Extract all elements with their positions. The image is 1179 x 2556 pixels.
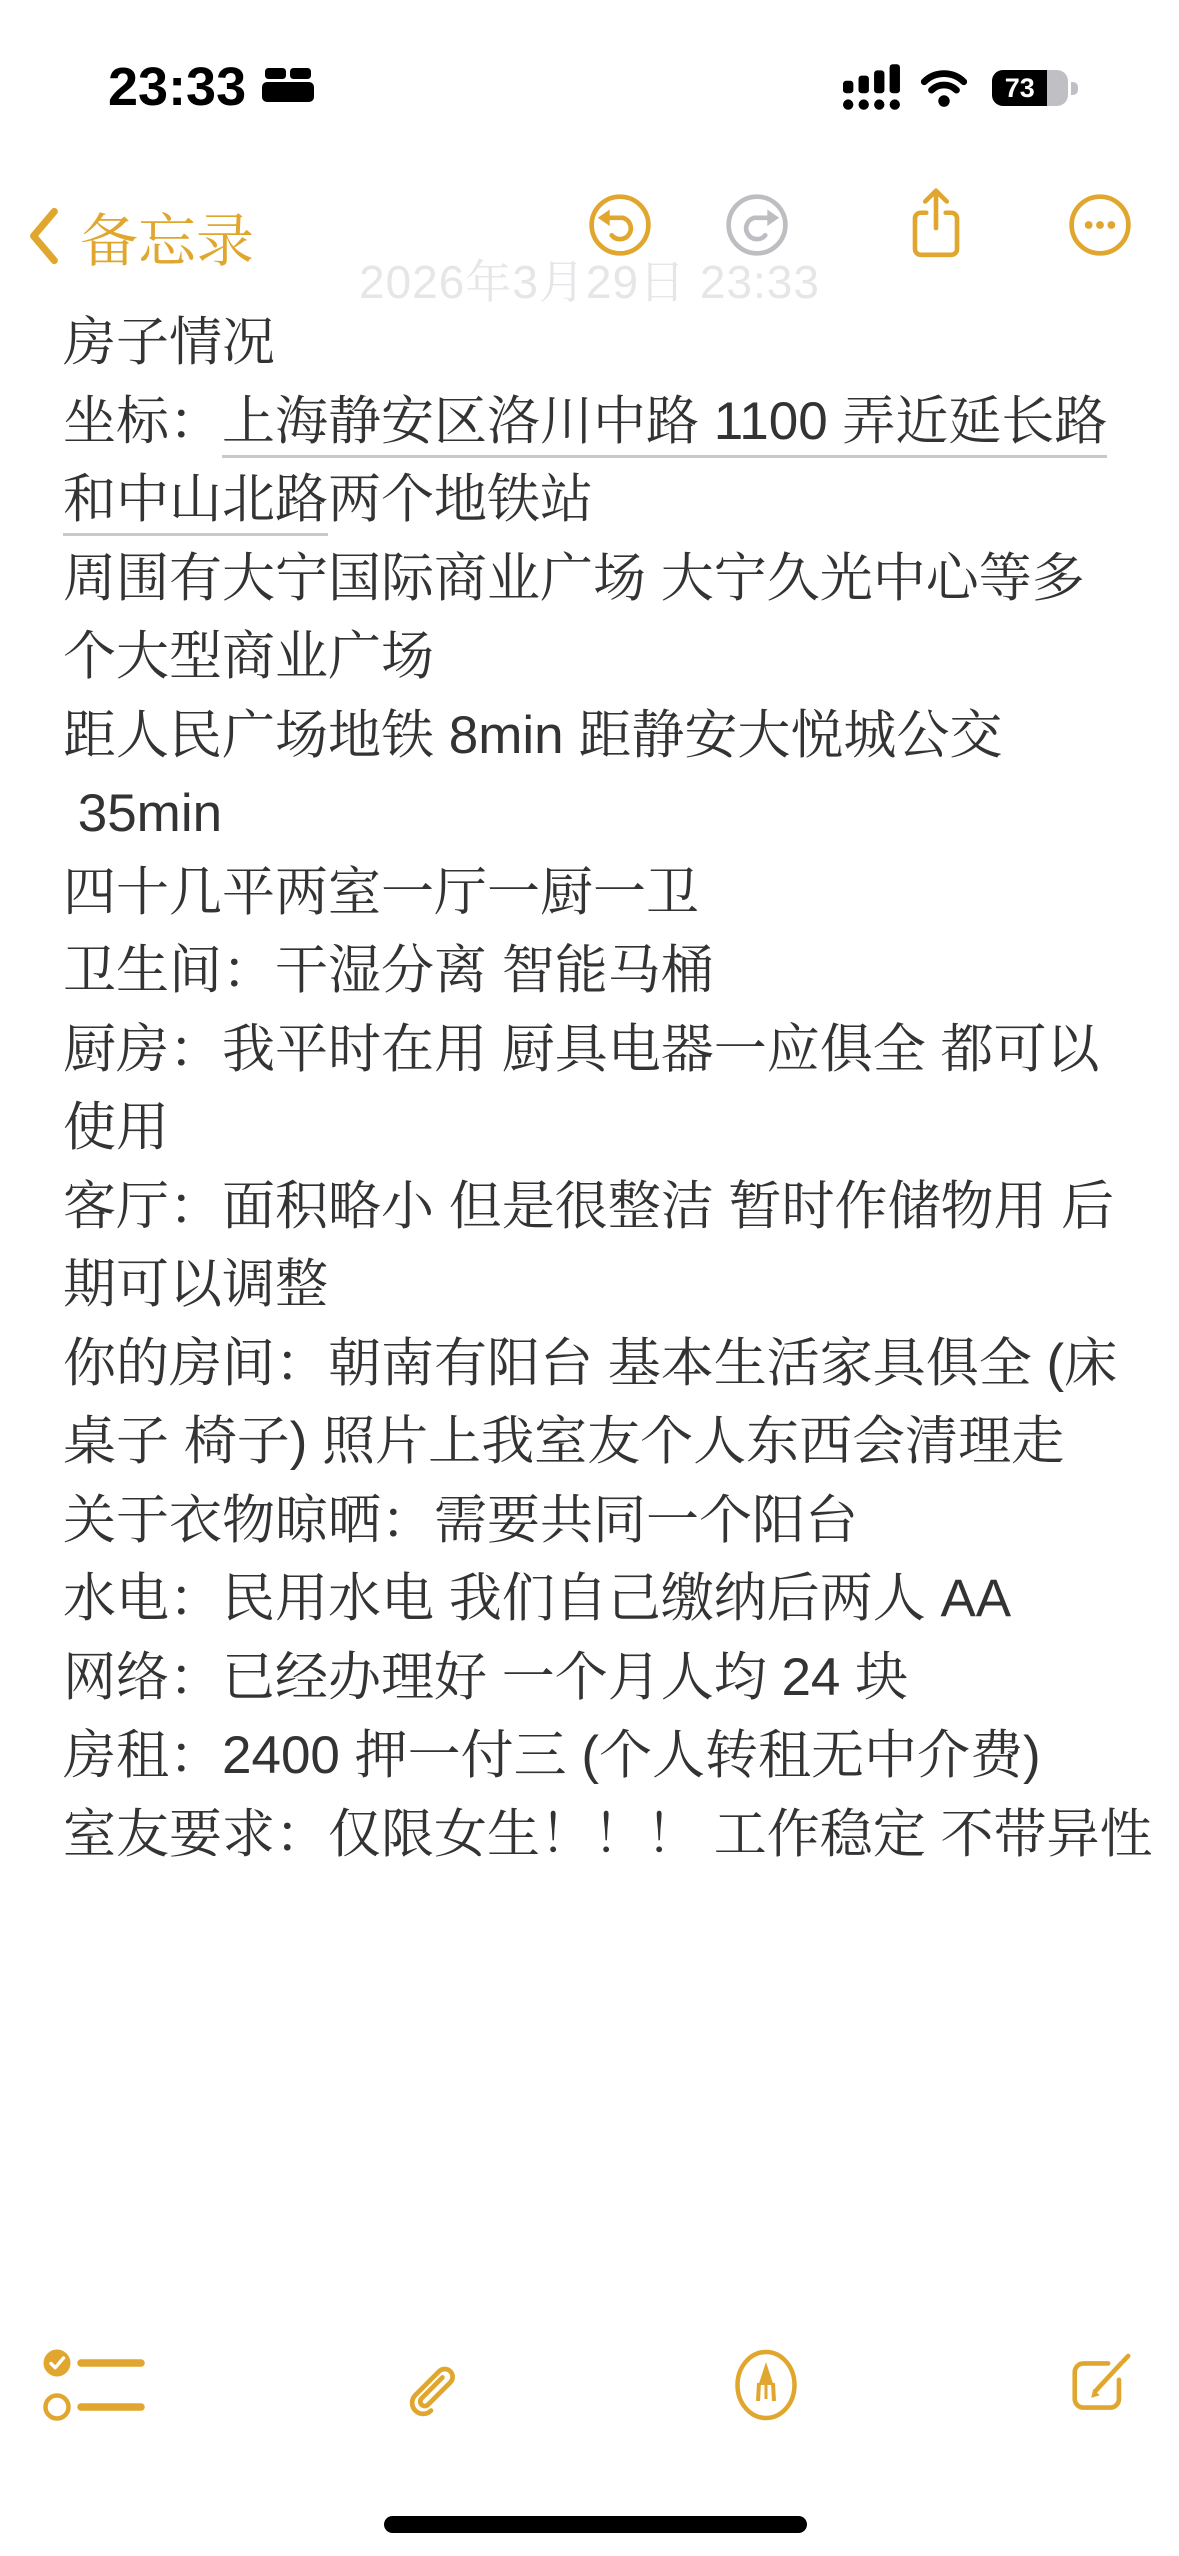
note-line: 周围有大宁国际商业广场 大宁久光中心等多 <box>63 540 1123 619</box>
note-text: 网络：已经办理好 一个月人均 24 块 <box>63 1648 908 1707</box>
battery-percent: 73 <box>992 70 1047 106</box>
note-line: 距人民广场地铁 8min 距静安大悦城公交 <box>63 697 1123 776</box>
redo-icon[interactable] <box>724 192 790 258</box>
chevron-left-icon <box>26 205 60 267</box>
note-line: 客厅：面积略小 但是很整洁 暂时作储物用 后 <box>63 1168 1123 1247</box>
note-text: 房租：2400 押一付三 (个人转租无中介费) <box>63 1726 1041 1785</box>
note-text: 桌子 椅子) 照片上我室友个人东西会清理走 <box>63 1412 1064 1471</box>
note-line: 房租：2400 押一付三 (个人转租无中介费) <box>63 1717 1123 1796</box>
checklist-button[interactable] <box>42 2340 148 2430</box>
note-line: 房子情况 <box>63 304 1123 383</box>
note-line: 期可以调整 <box>63 1246 1123 1325</box>
back-label: 备忘录 <box>80 194 254 278</box>
cellular-signal-icon <box>843 64 901 110</box>
note-text: 室友要求：仅限女生！！！ 工作稳定 不带异性 <box>63 1805 1152 1864</box>
compose-button[interactable] <box>1060 2340 1144 2430</box>
compose-icon <box>1062 2348 1142 2422</box>
note-text: 个大型商业广场 <box>63 627 434 686</box>
nav-bar: 备忘录 <box>0 180 1179 290</box>
attachment-paperclip-icon <box>399 2343 483 2427</box>
note-line: 个大型商业广场 <box>63 618 1123 697</box>
note-text: 关于衣物晾晒：需要共同一个阳台 <box>63 1491 858 1550</box>
wifi-icon <box>918 68 970 107</box>
note-text: 坐标： <box>63 392 222 451</box>
note-text-underlined: 上海静安区洛川中路 1100 弄近延长路 <box>222 392 1107 458</box>
note-line: 桌子 椅子) 照片上我室友个人东西会清理走 <box>63 1403 1123 1482</box>
battery-indicator: 73 <box>992 70 1068 106</box>
note-text: 期可以调整 <box>63 1255 328 1314</box>
status-bar: 23:33 73 <box>0 0 1179 140</box>
note-text: 使用 <box>63 1098 169 1157</box>
note-line: 使用 <box>63 1089 1123 1168</box>
bottom-toolbar <box>0 2340 1179 2440</box>
note-line: 35min <box>63 775 1123 854</box>
note-line: 厨房：我平时在用 厨具电器一应俱全 都可以 <box>63 1011 1123 1090</box>
note-line: 室友要求：仅限女生！！！ 工作稳定 不带异性 <box>63 1796 1123 1875</box>
home-indicator[interactable] <box>384 2516 807 2533</box>
share-icon[interactable] <box>903 182 969 264</box>
attachment-button[interactable] <box>398 2340 484 2430</box>
note-text: 周围有大宁国际商业广场 大宁久光中心等多 <box>63 549 1085 608</box>
note-line: 和中山北路两个地铁站 <box>63 461 1123 540</box>
note-text: 水电：民用水电 我们自己缴纳后两人 AA <box>63 1569 1011 1628</box>
markup-button[interactable] <box>730 2340 802 2430</box>
undo-icon[interactable] <box>587 192 653 258</box>
note-text: 四十几平两室一厅一厨一卫 <box>63 863 699 922</box>
note-line: 坐标：上海静安区洛川中路 1100 弄近延长路 <box>63 383 1123 462</box>
note-body[interactable]: 房子情况坐标：上海静安区洛川中路 1100 弄近延长路和中山北路两个地铁站周围有… <box>63 304 1123 1874</box>
note-line: 关于衣物晾晒：需要共同一个阳台 <box>63 1482 1123 1561</box>
note-text: 房子情况 <box>63 313 275 372</box>
note-line: 网络：已经办理好 一个月人均 24 块 <box>63 1639 1123 1718</box>
bed-sleep-icon <box>262 68 314 102</box>
note-line: 你的房间：朝南有阳台 基本生活家具俱全 (床 <box>63 1325 1123 1404</box>
note-text: 卫生间：干湿分离 智能马桶 <box>63 941 714 1000</box>
note-line: 卫生间：干湿分离 智能马桶 <box>63 932 1123 1011</box>
note-text: 距人民广场地铁 8min 距静安大悦城公交 <box>63 706 1002 765</box>
note-text: 厨房：我平时在用 厨具电器一应俱全 都可以 <box>63 1020 1099 1079</box>
ellipsis-circle-icon[interactable] <box>1067 192 1133 258</box>
back-button[interactable]: 备忘录 <box>26 194 254 278</box>
markup-pen-icon <box>731 2347 801 2423</box>
clock-time: 23:33 <box>108 56 246 118</box>
battery-nub <box>1071 82 1078 95</box>
note-line: 四十几平两室一厅一厨一卫 <box>63 854 1123 933</box>
checklist-icon <box>43 2348 147 2422</box>
note-text: 两个地铁站 <box>328 470 593 529</box>
note-text: 客厅：面积略小 但是很整洁 暂时作储物用 后 <box>63 1177 1114 1236</box>
note-text: 35min <box>63 784 222 843</box>
note-text-underlined: 和中山北路 <box>63 470 328 536</box>
note-text: 你的房间：朝南有阳台 基本生活家具俱全 (床 <box>63 1334 1117 1393</box>
note-line: 水电：民用水电 我们自己缴纳后两人 AA <box>63 1560 1123 1639</box>
